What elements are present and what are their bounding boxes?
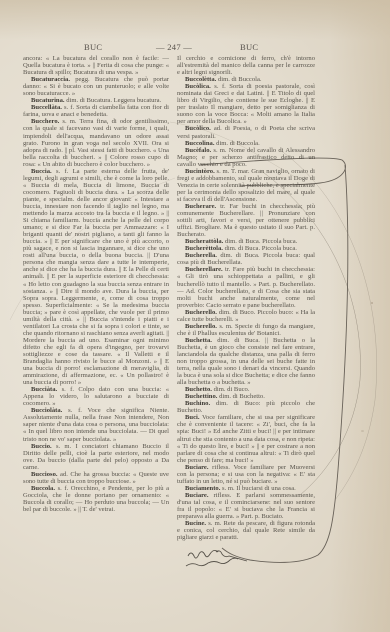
dictionary-entry: Bucherattòla. dim. di Buca. Piccola buca… [177,238,315,245]
dictionary-entry: Il cerchio e cornicione di ferro, ch'è i… [177,55,315,76]
entry-headword: Bucintòro. [185,168,215,175]
entry-definition: dim. di Buca. Piccola buca. [225,238,297,245]
dictionary-entry: Bucherèttola. dim. di Buca. Piccola buca… [177,245,315,252]
dictionary-entry: Buchino. dim. di Buco: più piccolo che B… [177,400,315,414]
entry-headword: Bucaturaccia. [31,76,70,83]
dictionary-entry: Buciare. rifless. E parlarsi sommessamen… [177,492,315,520]
dictionary-entry: Buccia. s. f. La parte esterna delle fru… [23,168,169,386]
entry-headword: Bucciàta. [31,386,57,393]
entry-headword: Buciamento. [185,485,220,492]
entry-headword: Buchetto. [185,386,212,393]
entry-definition: dim. di Buco. [214,386,250,393]
entry-headword: Buciare. [185,492,209,499]
entry-definition: dim. di Buchetto. [219,393,265,400]
dictionary-entry: ancora: « La bucatura del corallo non è … [23,55,169,76]
entry-headword: Buccellàta. [31,104,62,111]
entry-definition: dim. di Buca. || Buchetta o la Buchetta,… [177,337,315,386]
dictionary-entry: Buciamento. s. m. Il buciarsi di una cos… [177,485,315,492]
dictionary-entry: Buccellàta. s. f. Sorta di ciambella fat… [23,104,169,118]
entry-headword: Bucherellare. [185,266,223,273]
entry-headword: Buchettino. [185,393,217,400]
entry-definition: tr. Fare più buchi in checchessia: « Gli… [177,266,315,308]
entry-definition: s. f. La parte esterna delle frutta, de'… [23,168,169,386]
entry-headword: Bucòlico. [185,125,211,132]
entry-headword: Buccioso. [31,471,58,478]
dictionary-entry: Bucine. s. m. Rete da pescare, di figura… [177,520,315,541]
entry-definition: s. m. Il buciarsi di una cosa. [222,485,296,492]
entry-definition: dim. di Buccola. [216,140,260,147]
paper-spot [361,430,364,432]
entry-headword: Buccolètta. [185,76,216,83]
entry-headword: Buccola. [31,485,55,492]
entry-headword: Buccia. [31,168,52,175]
running-head-left: BUC [84,42,102,52]
entry-definition: Il cerchio e cornicione di ferro, ch'è i… [177,55,315,76]
entry-headword: Buccolina. [185,140,215,147]
entry-headword: Bucherattòla. [185,238,223,245]
entry-headword: Bucherello. [185,309,217,316]
paper-spot [371,302,373,304]
dictionary-entry: Bucciolàta. s. f. Voce che significa Nie… [23,407,169,442]
running-head: BUC — 247 — BUC [0,42,390,54]
dictionary-entry: Bucherella. dim. di Buca. Piccola buca: … [177,252,315,266]
dictionary-entry: Bucèfalo. s. m. Nome del cavallo di Ales… [177,147,315,168]
entry-definition: dim. di Buccola. [218,76,262,83]
page-number: — 247 — [156,42,192,52]
entry-definition: Voce familiare, che si usa per significa… [177,414,315,463]
entry-headword: Bucaturina. [31,97,65,104]
dictionary-entry: Bucintòro. s. m. T. mar. Gran naviglio, … [177,168,315,203]
entry-headword: Bucciolàta. [31,407,62,414]
running-head-right: BUC [240,42,258,52]
dictionary-entry: Buccolina. dim. di Buccola. [177,140,315,147]
entry-headword: Bucèfalo. [185,147,211,154]
entry-headword: Buchetta. [185,337,212,344]
dictionary-entry: Bucaturaccia. pegg. Bucatura che può por… [23,76,169,97]
entry-headword: Buci. [185,414,199,421]
entry-headword: Buccio. [31,443,52,450]
dictionary-entry: Buccolètta. dim. di Buccola. [177,76,315,83]
dictionary-entry: Buccola. s. f. Orecchino, e Pendente, pe… [23,485,169,513]
dictionary-entry: Bucherare. tr. Far buchi in checchessia;… [177,203,315,238]
page-edge-shadow-right [330,0,390,632]
dictionary-entry: Bucaturina. dim. di Bucatura. Leggera bu… [23,97,169,104]
entry-definition: dim. di Bucatura. Leggera bucatura. [66,97,161,104]
right-column: Il cerchio e cornicione di ferro, ch'è i… [177,55,315,541]
dictionary-entry: Bucherello. s. m. Specie di fungo da man… [177,323,315,337]
entry-headword: Bucòlica. [185,83,211,90]
dictionary-entry: Buciare. rifless. Voce familiare per Muo… [177,464,315,485]
dictionary-entry: Bucherello. dim. di Buco. Piccolo buco: … [177,309,315,323]
dictionary-entry: Buchetta. dim. di Buca. || Buchetta o la… [177,337,315,386]
dictionary-entry: Bucchero. s. m. Terra fina, di odor gent… [23,118,169,167]
dictionary-entry: Bucciàta. s. f. Colpo dato con una bucci… [23,386,169,407]
entry-definition: s. f. Sorta di poesia pastorale, così no… [177,83,315,125]
handwritten-signature [186,550,247,566]
entry-definition: dim. di Buca. Piccola buca. [225,245,297,252]
entry-headword: Bucchero. [31,118,59,125]
entry-definition: s. m. Terra fina, di odor gentilissimo, … [23,118,169,167]
left-column: ancora: « La bucatura del corallo non è … [23,55,169,513]
entry-headword: Bucherello. [185,323,217,330]
entry-headword: Buciare. [185,464,209,471]
dictionary-entry: Buchetto. dim. di Buco. [177,386,315,393]
entry-headword: Bucherare. [185,203,216,210]
entry-headword: Bucine. [185,520,206,527]
entry-headword: Bucherèttola. [185,245,223,252]
dictionary-entry: Bucherellare. tr. Fare più buchi in chec… [177,266,315,308]
dictionary-entry: Buci. Voce familiare, che si usa per sig… [177,414,315,463]
dictionary-entry: Buchettino. dim. di Buchetto. [177,393,315,400]
dictionary-entry: Buccioso. ad. Che ha grossa buccia: « Qu… [23,471,169,485]
entry-headword: Buchino. [185,400,210,407]
dictionary-entry: Bucòlica. s. f. Sorta di poesia pastoral… [177,83,315,125]
dictionary-entry: Buccio. s. m. I conciatori chiamano Bucc… [23,443,169,471]
entry-definition: ancora: « La bucatura del corallo non è … [23,55,169,76]
dictionary-entry: Bucòlico. ad. di Poesia, o di Poeta che … [177,125,315,139]
entry-headword: Bucherella. [185,252,217,259]
